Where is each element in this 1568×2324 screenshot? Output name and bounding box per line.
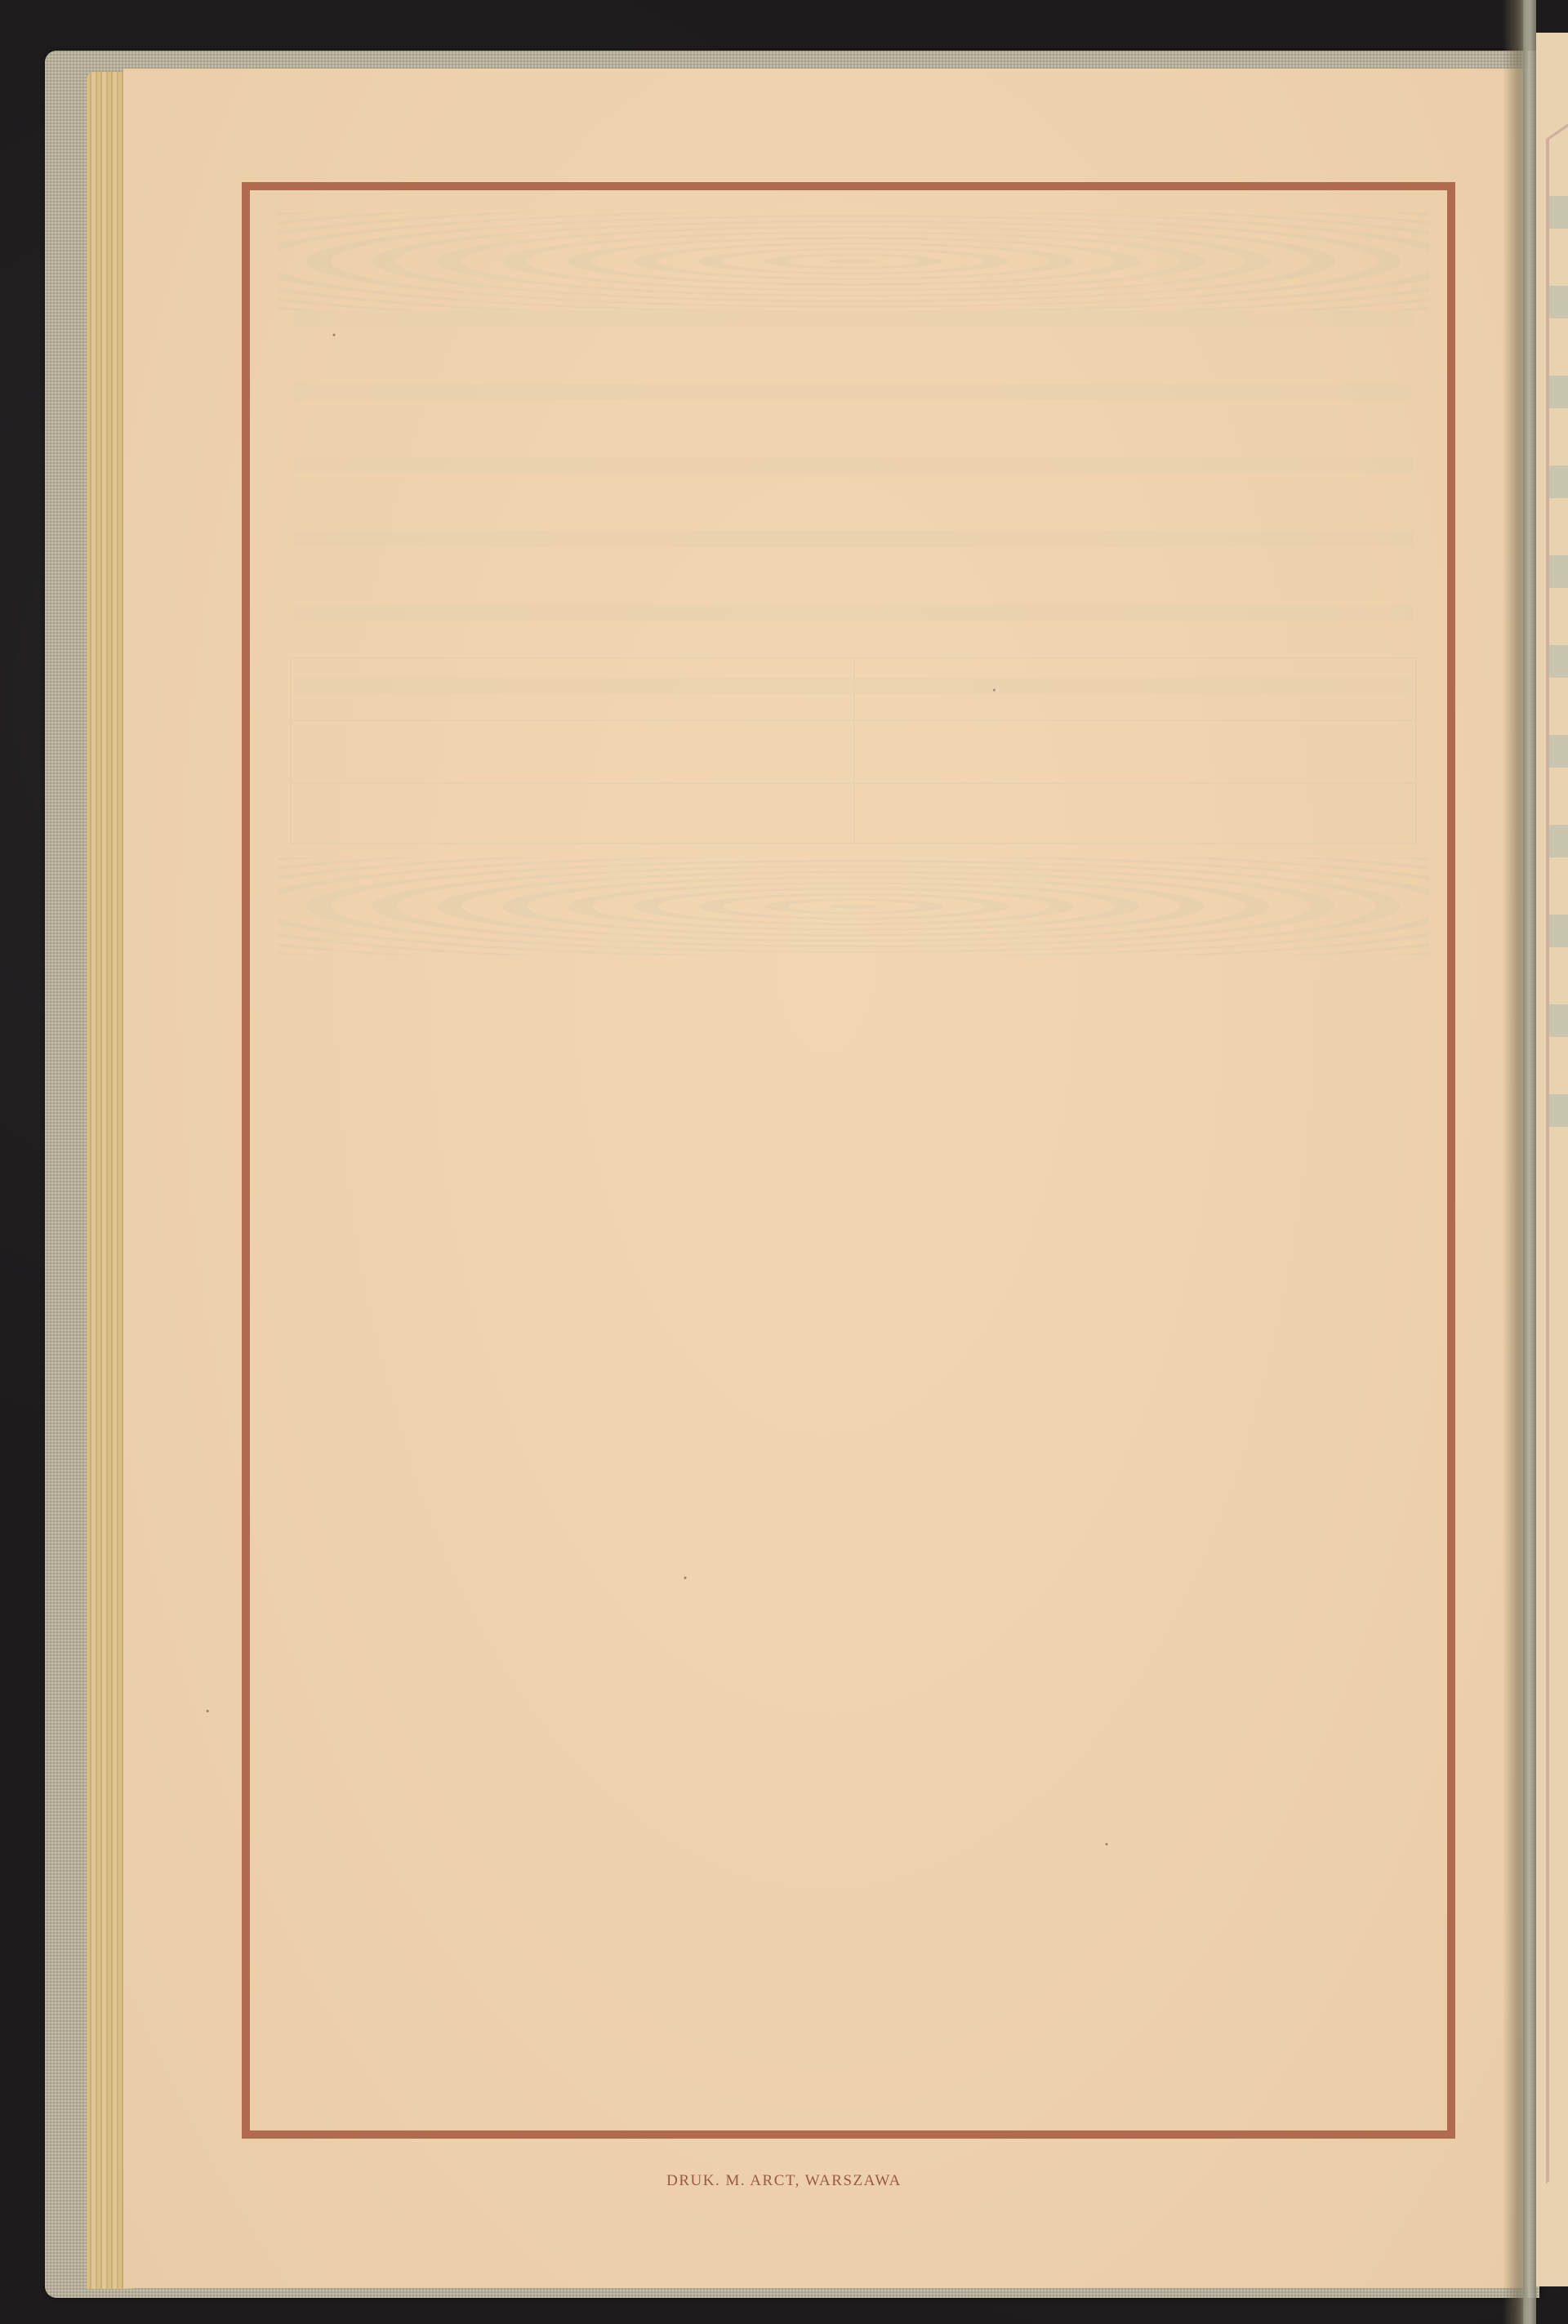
facing-page-ornament bbox=[1549, 196, 1568, 1176]
scanner-glass-edge bbox=[1523, 0, 1536, 2324]
printed-border-frame bbox=[242, 182, 1455, 2139]
printer-imprint: DRUK. M. ARCT, WARSZAWA bbox=[0, 2172, 1568, 2190]
facing-page-sliver bbox=[1536, 33, 1568, 2286]
